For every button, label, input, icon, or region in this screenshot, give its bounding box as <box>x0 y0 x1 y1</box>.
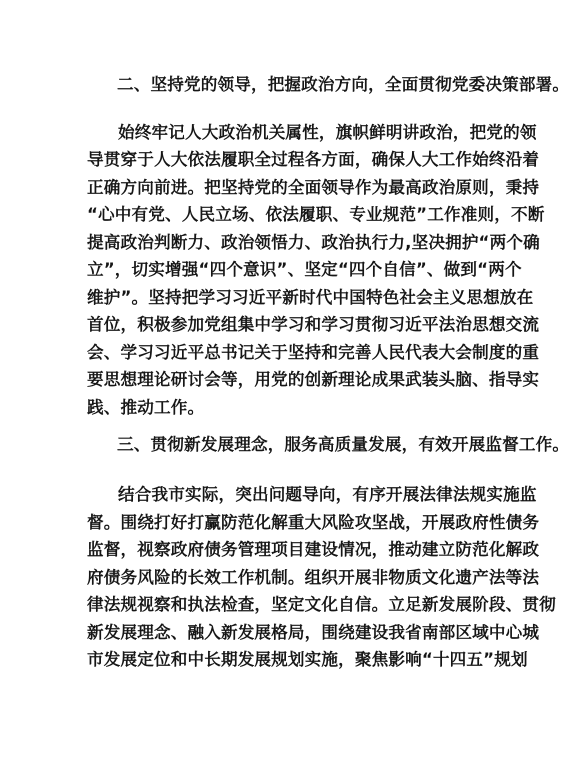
paragraph-line: 督。围绕打好打赢防范化解重大风险攻坚战，开展政府性债务 <box>87 513 539 533</box>
document-page: 二、坚持党的领导，把握政治方向，全面贯彻党委决策部署。 始终牢记人大政治机关属性… <box>0 0 586 759</box>
paragraph-line: 监督，视察政府债务管理项目建设情况，推动建立防范化解政 <box>87 540 539 560</box>
paragraph-line: 首位，积极参加党组集中学习和学习贯彻习近平法治思想交流 <box>87 315 539 335</box>
paragraph-line: 结合我市实际，突出问题导向，有序开展法律法规实施监 <box>118 485 537 505</box>
paragraph-line: 市发展定位和中长期发展规划实施，聚焦影响“十四五”规划 <box>87 650 528 670</box>
paragraph-line: 提高政治判断力、政治领悟力、政治执行力,坚决拥护“两个确 <box>87 233 540 253</box>
paragraph-line: 导贯穿于人大依法履职全过程各方面，确保人大工作始终沿着 <box>87 150 539 170</box>
paragraph-line: 立”，切实增强“四个意识”、坚定“四个自信”、做到“两个 <box>87 260 522 280</box>
paragraph-line: “心中有党、人民立场、依法履职、专业规范”工作准则，不断 <box>87 205 544 225</box>
paragraph-line: 律法规视察和执法检查，坚定文化自信。立足新发展阶段、贯彻 <box>87 595 556 615</box>
paragraph-line: 新发展理念、融入新发展格局，围绕建设我省南部区域中心城 <box>87 623 539 643</box>
paragraph-line: 会、学习习近平总书记关于坚持和完善人民代表大会制度的重 <box>87 343 539 363</box>
paragraph-line: 正确方向前进。把坚持党的全面领导作为最高政治原则，秉持 <box>87 178 539 198</box>
paragraph-line: 始终牢记人大政治机关属性，旗帜鲜明讲政治，把党的领 <box>118 123 537 143</box>
section-heading-2: 二、坚持党的领导，把握政治方向，全面贯彻党委决策部署。 <box>117 75 569 95</box>
paragraph-line: 府债务风险的长效工作机制。组织开展非物质文化遗产法等法 <box>87 568 539 588</box>
paragraph-line: 要思想理论研讨会等，用党的创新理论成果武装头脑、指导实 <box>87 370 539 390</box>
paragraph-line: 维护”。坚持把学习习近平新时代中国特色社会主义思想放在 <box>87 288 533 308</box>
section-heading-3: 三、贯彻新发展理念，服务高质量发展，有效开展监督工作。 <box>117 435 569 455</box>
paragraph-line: 践、推动工作。 <box>87 398 204 418</box>
